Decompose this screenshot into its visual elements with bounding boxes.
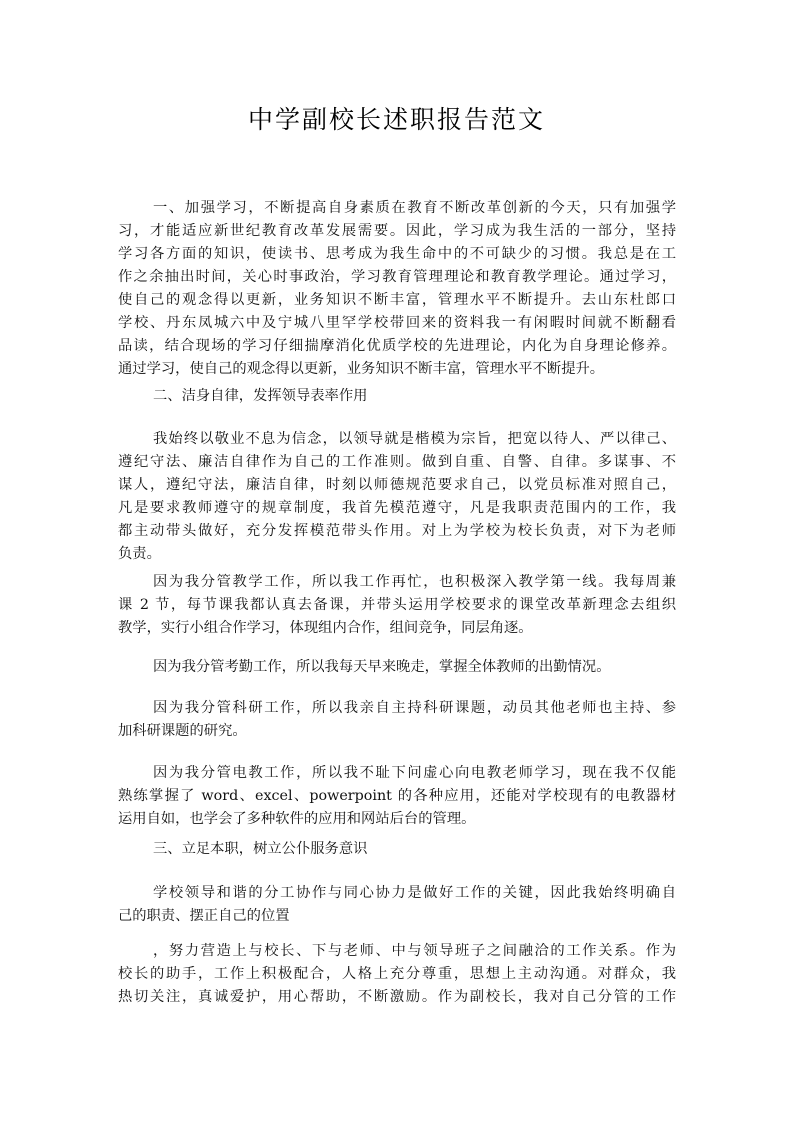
text-line: 谋人，遵纪守法，廉洁自律，时刻以师德规范要求自己，以党员标准对照自己， (118, 474, 676, 497)
text-line: 学校、丹东凤城六中及宁城八里罕学校带回来的资料我一有闲暇时间就不断翻看 (118, 312, 676, 335)
paragraph-self-discipline: 我始终以敬业不息为信念，以领导就是楷模为宗旨，把宽以待人、严以律己、 遵纪守法、… (118, 428, 676, 566)
paragraph-research: 因为我分管科研工作，所以我亲自主持科研课题，动员其他老师也主持、参 加科研课题的… (118, 697, 676, 743)
text-line: 一、加强学习，不断提高自身素质在教育不断改革创新的今天，只有加强学 (118, 197, 676, 220)
text-line: 品读，结合现场的学习仔细揣摩消化优质学校的先进理论，内化为自身理论修养。 (118, 335, 676, 358)
text-line: 加科研课题的研究。 (118, 720, 676, 743)
section-heading: 二、洁身自律，发挥领导表率作用 (118, 385, 676, 408)
text-line: 校长的助手，工作上积极配合，人格上充分尊重，思想上主动沟通。对群众，我 (118, 963, 676, 986)
paragraph-relations: ，努力营造上与校长、下与老师、中与领导班子之间融洽的工作关系。作为 校长的助手，… (118, 940, 676, 1009)
text-line: 作之余抽出时间，关心时事政治，学习教育管理理论和教育教学理论。通过学习， (118, 266, 676, 289)
paragraph-coordination: 学校领导和谐的分工协作与同心协力是做好工作的关键，因此我始终明确自 己的职责、摆… (118, 882, 676, 928)
text-line: 使自己的观念得以更新，业务知识不断丰富，管理水平不断提升。去山东杜郎口 (118, 289, 676, 312)
text-line: 学校领导和谐的分工协作与同心协力是做好工作的关键，因此我始终明确自 (118, 882, 676, 905)
paragraph-edtech: 因为我分管电教工作，所以我不耻下问虚心向电教老师学习，现在我不仅能 熟练掌握了 … (118, 762, 676, 831)
text-line: 负责。 (118, 543, 676, 566)
text-line: 我始终以敬业不息为信念，以领导就是楷模为宗旨，把宽以待人、严以律己、 (118, 428, 676, 451)
text-line: 课 2 节，每节课我都认真去备课，并带头运用学校要求的课堂改革新理念去组织 (118, 594, 676, 617)
section-heading: 三、立足本职，树立公仆服务意识 (118, 838, 676, 861)
text-line: 熟练掌握了 word、excel、powerpoint 的各种应用，还能对学校现… (118, 785, 676, 808)
paragraph-teaching: 因为我分管教学工作，所以我工作再忙，也积极深入教学第一线。我每周兼 课 2 节，… (118, 571, 676, 640)
text-line: ，努力营造上与校长、下与老师、中与领导班子之间融洽的工作关系。作为 (118, 940, 676, 963)
section-heading-two: 二、洁身自律，发挥领导表率作用 (118, 385, 676, 408)
text-line: 运用自如，也学会了多种软件的应用和网站后台的管理。 (118, 808, 676, 831)
text-line: 因为我分管考勤工作，所以我每天早来晚走，掌握全体教师的出勤情况。 (118, 656, 676, 679)
section-heading-three: 三、立足本职，树立公仆服务意识 (118, 838, 676, 861)
text-line: 因为我分管电教工作，所以我不耻下问虚心向电教老师学习，现在我不仅能 (118, 762, 676, 785)
text-line: 通过学习，使自己的观念得以更新，业务知识不断丰富，管理水平不断提升。 (118, 358, 676, 381)
text-line: 习，才能适应新世纪教育改革发展需要。因此，学习成为我生活的一部分，坚持 (118, 220, 676, 243)
text-line: 凡是要求教师遵守的规章制度，我首先模范遵守，凡是我职责范围内的工作，我 (118, 497, 676, 520)
paragraph-section-one: 一、加强学习，不断提高自身素质在教育不断改革创新的今天，只有加强学 习，才能适应… (118, 197, 676, 381)
text-line: 都主动带头做好，充分发挥模范带头作用。对上为学校为校长负责，对下为老师 (118, 520, 676, 543)
text-line: 己的职责、摆正自己的位置 (118, 905, 676, 928)
text-line: 热切关注，真诚爱护，用心帮助，不断激励。作为副校长，我对自己分管的工作 (118, 986, 676, 1009)
text-line: 学习各方面的知识，使读书、思考成为我生命中的不可缺少的习惯。我总是在工 (118, 243, 676, 266)
paragraph-attendance: 因为我分管考勤工作，所以我每天早来晚走，掌握全体教师的出勤情况。 (118, 656, 676, 679)
text-line: 遵纪守法、廉洁自律作为自己的工作准则。做到自重、自警、自律。多谋事、不 (118, 451, 676, 474)
document-title: 中学副校长述职报告范文 (0, 100, 793, 136)
text-line: 教学，实行小组合作学习，体现组内合作，组间竞争，同层角逐。 (118, 617, 676, 640)
text-line: 因为我分管教学工作，所以我工作再忙，也积极深入教学第一线。我每周兼 (118, 571, 676, 594)
text-line: 因为我分管科研工作，所以我亲自主持科研课题，动员其他老师也主持、参 (118, 697, 676, 720)
